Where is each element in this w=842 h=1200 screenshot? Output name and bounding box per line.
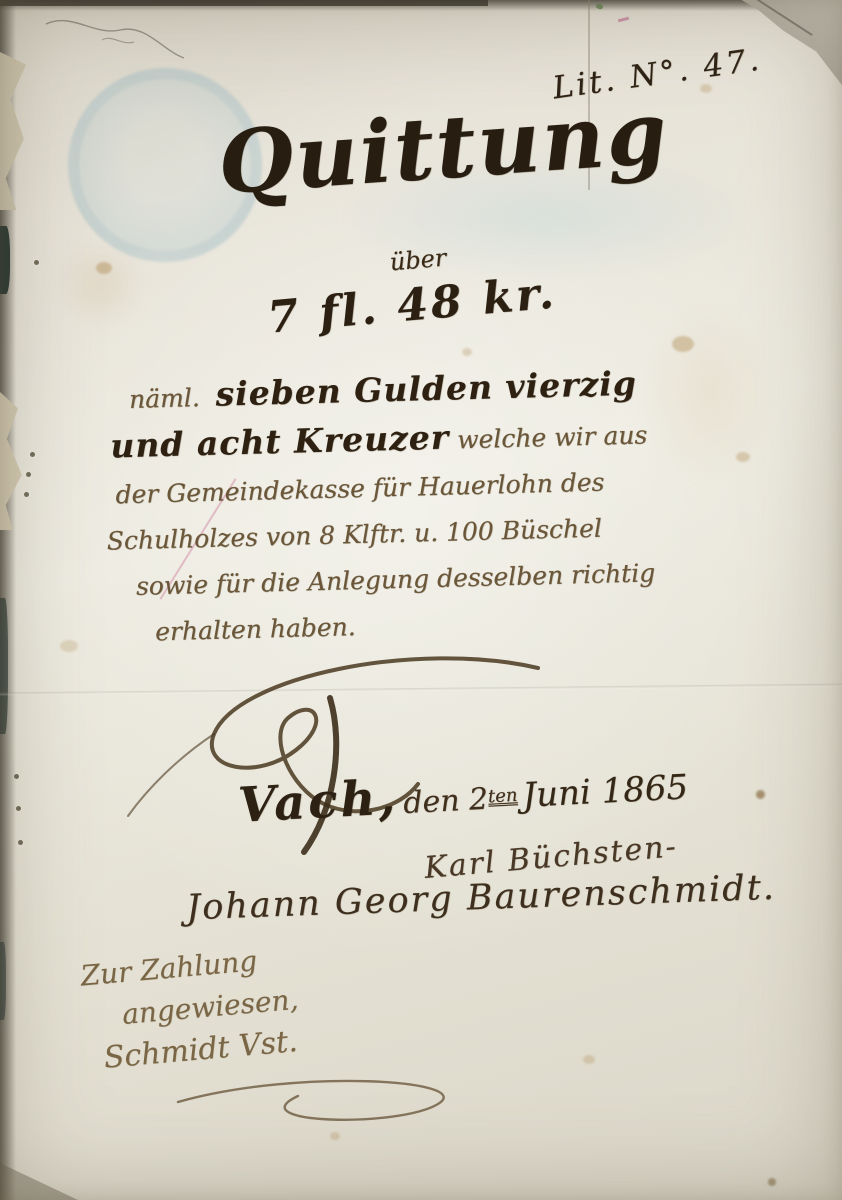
stitch-hole <box>30 452 35 457</box>
foxing-spot <box>583 1055 595 1064</box>
stitch-hole <box>26 472 31 477</box>
body-line1-amount-words: sieben Gulden vierzig <box>215 364 637 414</box>
torn-top-edge-dark <box>0 0 488 6</box>
foxing-spot <box>330 1132 340 1140</box>
pen-scribble <box>42 6 192 70</box>
foxing-spot <box>672 336 694 352</box>
foxing-spot <box>462 348 472 356</box>
pink-mark <box>618 17 629 23</box>
date-prefix: den 2 <box>402 782 489 821</box>
foxing-spot <box>60 640 78 652</box>
stitch-hole <box>18 840 23 845</box>
stitch-hole <box>34 260 39 265</box>
date-month-year: Juni 1865 <box>521 767 689 816</box>
endorsement-flourish <box>148 1062 548 1134</box>
stitch-hole <box>16 806 21 811</box>
amount-figures: 7 fl. 48 kr. <box>260 267 563 344</box>
foxing-spot <box>756 790 765 799</box>
body-line2-amount-words: und acht Kreuzer <box>110 418 450 466</box>
stitch-hole <box>24 492 29 497</box>
body-line1-abbrev: näml. <box>129 383 200 414</box>
foxing-spot <box>768 1178 776 1186</box>
place-name: Vach, <box>237 769 399 833</box>
date-ordinal-superscript: ten <box>487 785 518 808</box>
body-line2-rest: welche wir aus <box>457 420 648 454</box>
receipt-body-text: näml. sieben Gulden vierzig und acht Kre… <box>100 357 767 656</box>
horizontal-crease <box>0 684 842 696</box>
stitch-hole <box>14 774 19 779</box>
place-and-date-line: Vach, den 2ten Juni 1865 <box>237 754 689 833</box>
binding-showing-through <box>0 598 8 734</box>
scanned-receipt-page: Lit. N°. 47. Quittung über 7 fl. 48 kr. … <box>0 0 842 1200</box>
binding-showing-through <box>0 226 10 294</box>
binding-showing-through <box>0 942 6 1020</box>
ink-flourish <box>118 638 618 868</box>
foxing-spot <box>96 262 112 274</box>
payment-endorsement: Zur Zahlung angewiesen, Schmidt Vst. <box>79 937 304 1081</box>
